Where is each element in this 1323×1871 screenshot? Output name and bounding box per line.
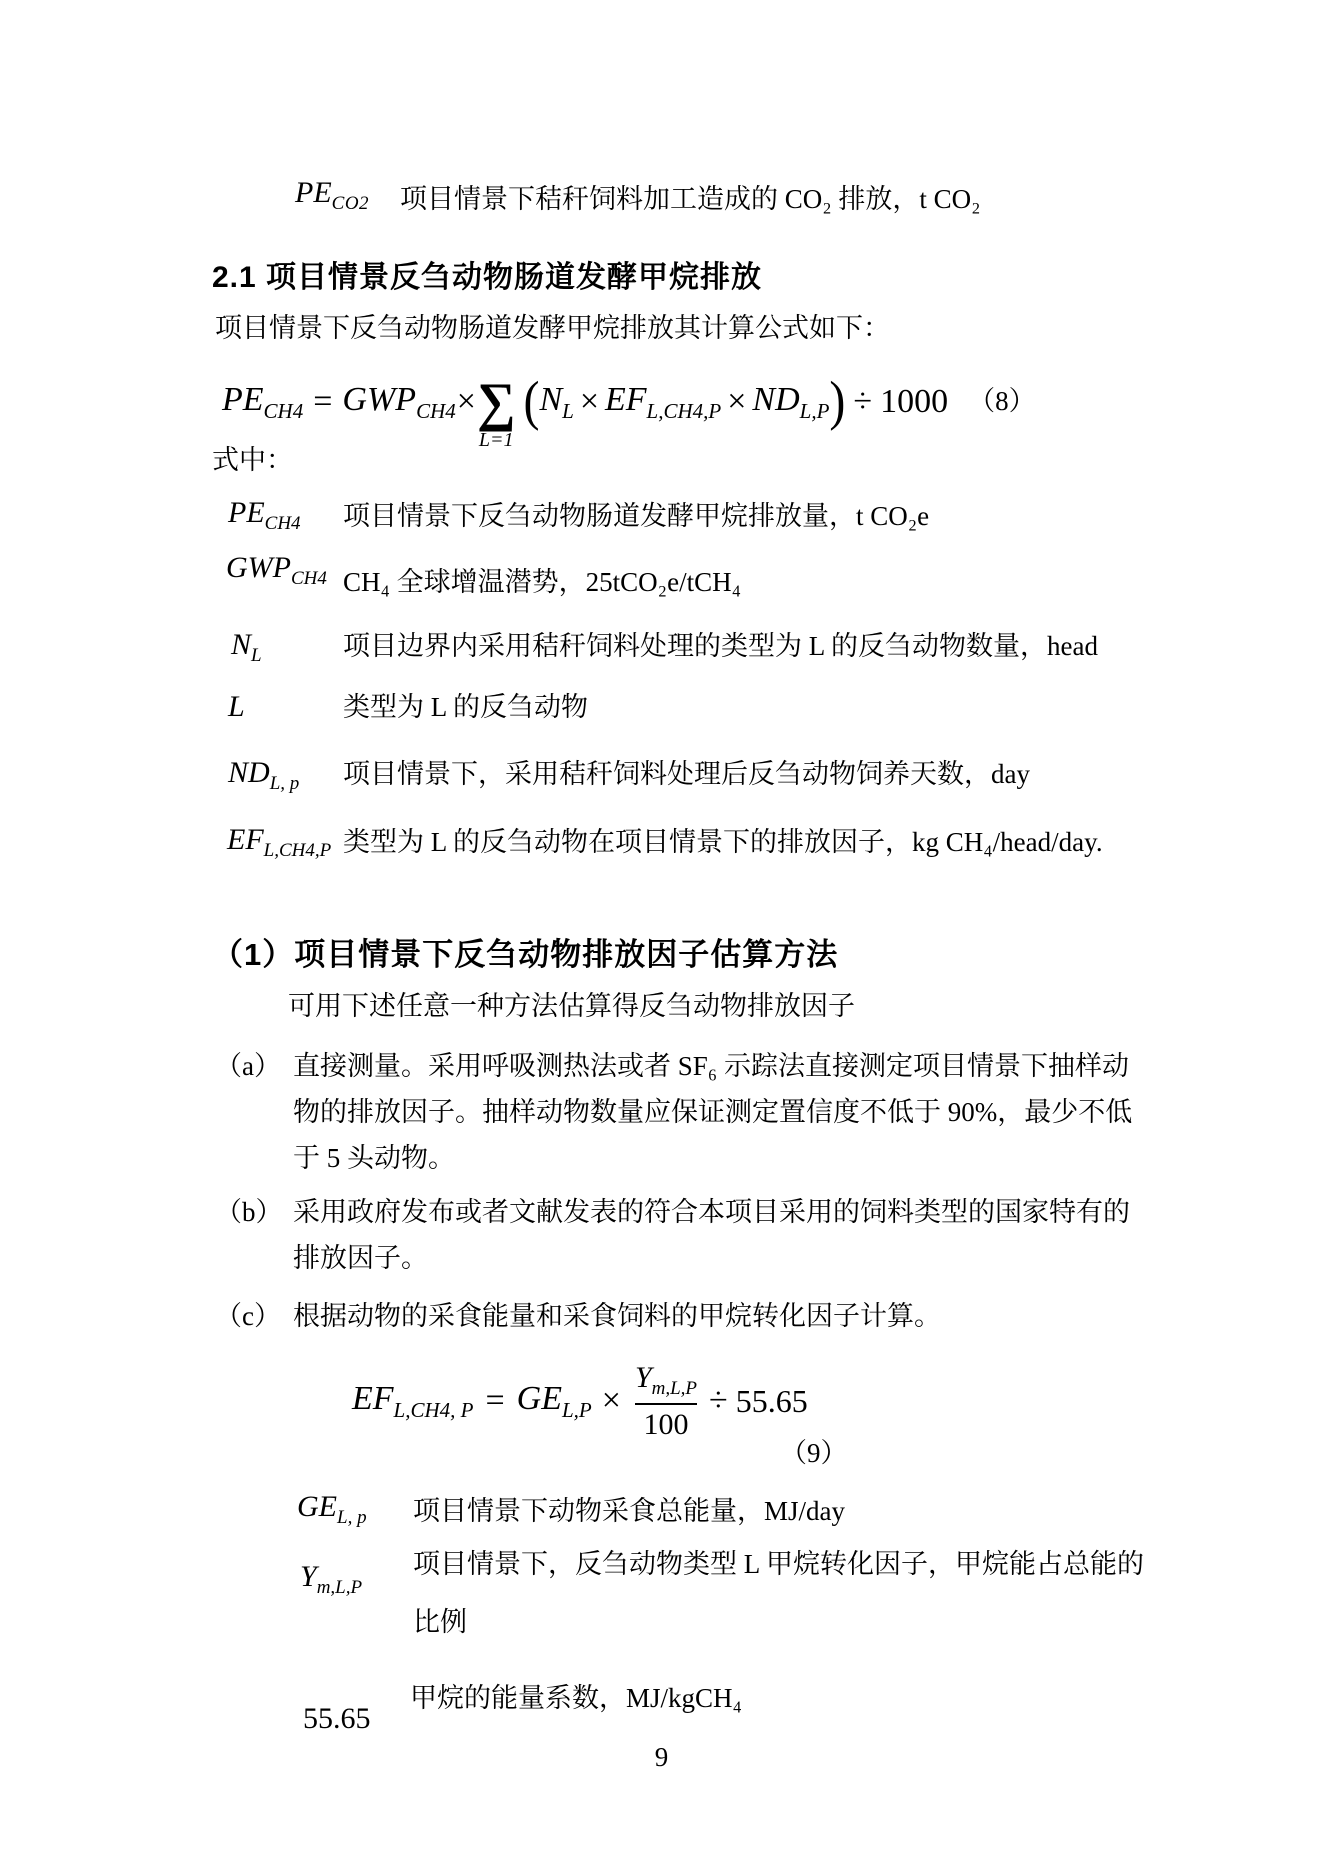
list-item: 直接测量。采用呼吸测热法或者 SF₆ 示踪法直接测定项目情景下抽样动 物的排放因…: [293, 1050, 1132, 1188]
definition-desc-line: 比例: [413, 1606, 1144, 1664]
list-item-line: 于 5 头动物。: [293, 1142, 1132, 1188]
formula9-ge: GEL,P: [517, 1380, 592, 1423]
definition-term: GWPCH4: [226, 551, 327, 590]
fraction-bar: [635, 1403, 697, 1405]
definition-term: PECH4: [228, 496, 301, 535]
formula8-lhs-sub: CH4: [264, 398, 304, 422]
definition-desc: 项目情景下动物采食总能量，MJ/day: [413, 1495, 845, 1529]
method-heading: （1）项目情景下反刍动物排放因子估算方法: [212, 929, 838, 974]
list-item-label: （a）: [215, 1050, 281, 1084]
definition-term: Ym,L,P: [300, 1560, 362, 1599]
formula9-ge-base: GE: [517, 1380, 562, 1417]
definition-desc: CH₄ 全球增温潜势，25tCO₂e/tCH₄: [343, 566, 741, 600]
definition-term: L: [228, 690, 245, 729]
formula9-fraction: Ym,L,P 100: [635, 1361, 697, 1441]
definition-term-sub: L, p: [270, 773, 300, 794]
definition-desc: 项目情景下，反刍动物类型 L 甲烷转化因子，甲烷能占总能的 比例: [413, 1548, 1144, 1664]
list-item-label: （c）: [215, 1300, 281, 1334]
sigma-sum-symbol: ∑: [477, 378, 516, 427]
definition-term: GEL, p: [297, 1490, 367, 1529]
formula9-num-base: Y: [635, 1361, 652, 1394]
top-definition-term-base: PE: [295, 176, 332, 209]
definition-term-sub: CH4: [291, 568, 327, 589]
list-item-line: 排放因子。: [293, 1242, 1130, 1288]
formula9-constant: 55.65: [736, 1383, 808, 1420]
formula9-lhs-sub: L,CH4, P: [394, 1397, 474, 1421]
page-number: 9: [0, 1742, 1323, 1773]
definition-desc: 项目情景下反刍动物肠道发酵甲烷排放量，t CO₂e: [343, 500, 929, 534]
list-item: 采用政府发布或者文献发表的符合本项目采用的饲料类型的国家特有的 排放因子。: [293, 1196, 1130, 1288]
definition-term: EFL,CH4,P: [227, 823, 331, 862]
formula8-constant: 1000: [880, 383, 948, 421]
definition-desc: 类型为 L 的反刍动物: [343, 691, 588, 725]
formula9-number-label: （9）: [780, 1437, 848, 1471]
formula8-nd-base: ND: [752, 381, 799, 418]
formula8-divide: ÷: [845, 383, 880, 421]
definition-term-base: N: [231, 628, 251, 661]
definition-term-base: GE: [297, 1490, 337, 1523]
formula9-equals: =: [473, 1382, 516, 1420]
formula8-ef-sub: L,CH4,P: [647, 398, 722, 422]
definition-term: NDL, p: [228, 756, 299, 795]
definition-term-base: Y: [300, 1560, 317, 1593]
top-definition-term: PECO2: [295, 176, 369, 215]
list-item-label: （b）: [215, 1196, 283, 1230]
section-heading: 2.1 项目情景反刍动物肠道发酵甲烷排放: [212, 252, 762, 296]
top-definition-term-sub: CO2: [332, 193, 369, 214]
formula8-ef: EFL,CH4,P: [605, 381, 721, 424]
list-item-line: 物的排放因子。抽样动物数量应保证测定置信度不低于 90%，最少不低: [293, 1096, 1132, 1142]
formula9-lhs: EFL,CH4, P: [352, 1380, 473, 1423]
formula8-nd: NDL,P: [752, 381, 829, 424]
document-page: PECO2 项目情景下秸秆饲料加工造成的 CO₂ 排放，t CO₂ 2.1 项目…: [0, 0, 1323, 1871]
definition-term-sub: L,CH4,P: [264, 840, 332, 861]
definition-term-base: ND: [228, 756, 270, 789]
formula-9: EFL,CH4, P = GEL,P × Ym,L,P 100 ÷ 55.65: [352, 1345, 808, 1457]
definition-term: NL: [231, 628, 262, 667]
formula9-num-sub: m,L,P: [652, 1378, 697, 1399]
formula8-equals: =: [303, 383, 342, 421]
definition-desc: 项目边界内采用秸秆饲料处理的类型为 L 的反刍动物数量，head: [343, 630, 1098, 664]
list-item-line: 直接测量。采用呼吸测热法或者 SF₆ 示踪法直接测定项目情景下抽样动: [293, 1050, 1132, 1096]
formula8-gwp: GWPCH4: [342, 381, 455, 424]
formula9-fraction-denominator: 100: [644, 1408, 689, 1441]
formula8-sum: ∑ L=1: [477, 378, 516, 452]
formula8-times-3: ×: [721, 383, 752, 421]
formula8-nd-sub: L,P: [800, 398, 830, 422]
formula8-n-sub: L: [562, 398, 574, 422]
definition-term-base: GWP: [226, 551, 291, 584]
definition-term-sub: CH4: [265, 513, 301, 534]
formula8-times-2: ×: [574, 383, 605, 421]
definition-term-base: EF: [227, 823, 264, 856]
definition-term-base: L: [228, 690, 245, 723]
list-item: 根据动物的采食能量和采食饲料的甲烷转化因子计算。: [293, 1300, 941, 1334]
formula8-gwp-base: GWP: [342, 381, 416, 418]
formula8-n-base: N: [539, 381, 562, 418]
formula9-fraction-numerator: Ym,L,P: [635, 1361, 697, 1400]
formula8-open-paren: (: [523, 374, 539, 429]
definition-term-base: PE: [228, 496, 265, 529]
list-item-line: 采用政府发布或者文献发表的符合本项目采用的饲料类型的国家特有的: [293, 1196, 1130, 1242]
formula9-divide: ÷: [701, 1382, 736, 1420]
definition-term-sub: m,L,P: [317, 1577, 362, 1598]
definition-desc: 类型为 L 的反刍动物在项目情景下的排放因子，kg CH₄/head/day.: [343, 826, 1103, 860]
method-intro: 可用下述任意一种方法估算得反刍动物排放因子: [288, 990, 855, 1024]
formula8-n: NL: [539, 381, 573, 424]
top-definition-desc: 项目情景下秸秆饲料加工造成的 CO₂ 排放，t CO₂: [400, 183, 981, 217]
formula9-times: ×: [592, 1382, 631, 1420]
formula9-ge-sub: L,P: [562, 1397, 592, 1421]
formula8-number-label: （8）: [968, 385, 1036, 419]
formula8-times-1: ×: [456, 383, 477, 421]
formula-8: PECH4 = GWPCH4 × ∑ L=1 ( NL × EFL,CH4,P …: [222, 356, 1036, 448]
definition-term-sub: L: [251, 645, 262, 666]
formula8-lhs-base: PE: [222, 381, 264, 418]
formula8-close-paren: ): [829, 374, 845, 429]
formula8-lhs: PECH4: [222, 381, 303, 424]
formula8-gwp-sub: CH4: [416, 398, 456, 422]
where-label: 式中：: [212, 444, 293, 478]
definition-term-sub: L, p: [337, 1507, 367, 1528]
definition-term: 55.65: [303, 1702, 371, 1736]
definition-desc-line: 项目情景下，反刍动物类型 L 甲烷转化因子，甲烷能占总能的: [413, 1548, 1144, 1606]
formula8-sum-lower-limit: L=1: [479, 429, 514, 452]
definition-desc: 甲烷的能量系数，MJ/kgCH₄: [410, 1682, 742, 1716]
formula8-ef-base: EF: [605, 381, 647, 418]
formula-intro: 项目情景下反刍动物肠道发酵甲烷排放其计算公式如下：: [215, 312, 890, 346]
formula9-lhs-base: EF: [352, 1380, 394, 1417]
definition-desc: 项目情景下，采用秸秆饲料处理后反刍动物饲养天数，day: [343, 758, 1030, 792]
